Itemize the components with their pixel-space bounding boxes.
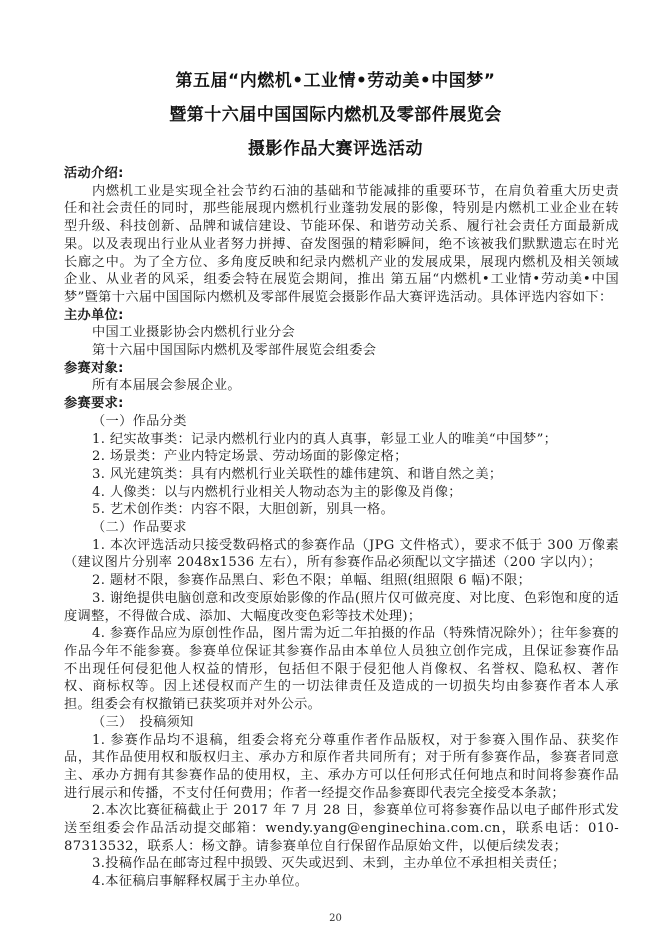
category-item: 1. 纪实故事类：记录内燃机行业内的真人真事，彰显工业人的唯美“中国梦”； [64, 431, 619, 449]
category-item: 3. 风光建筑类：具有内燃机行业关联性的雄伟建筑、和谐自然之美； [64, 466, 619, 484]
organizers-heading: 主办单位: [64, 307, 619, 325]
requirements-heading: 参赛要求: [64, 395, 619, 413]
organizer-item: 第十六届中国国际内燃机及零部件展览会组委会 [64, 342, 619, 360]
title-line-3: 摄影作品大赛评选活动 [0, 134, 671, 159]
category-item: 5. 艺术创作类：内容不限，大胆创新，别具一格。 [64, 501, 619, 519]
requirement-item: 1. 本次评选活动只接受数码格式的参赛作品（JPG 文件格式），要求不低于 30… [64, 537, 619, 572]
title-line-1: 第五届“内燃机•工业情•劳动美•中国梦” [0, 66, 671, 91]
requirement-item: 4. 参赛作品应为原创性作品，图片需为近二年拍摄的作品（特殊情况除外）；往年参赛… [64, 625, 619, 714]
section-title: （二）作品要求 [64, 519, 619, 537]
submission-item: 1. 参赛作品均不退稿，组委会将充分尊重作者作品版权，对于参赛入围作品、获奖作品… [64, 732, 619, 803]
submission-item: 3.投稿作品在邮寄过程中损毁、灭失或迟到、未到，主办单位不承担相关责任； [64, 855, 619, 873]
intro-paragraph: 内燃机工业是实现全社会节约石油的基础和节能减排的重要环节，在肩负着重大历史责任和… [64, 183, 619, 307]
submission-item: 4.本征稿启事解释权属于主办单位。 [64, 873, 619, 891]
organizer-item: 中国工业摄影协会内燃机行业分会 [64, 324, 619, 342]
requirement-item: 2. 题材不限，参赛作品黑白、彩色不限；单幅、组照(组照限 6 幅)不限； [64, 572, 619, 590]
intro-heading: 活动介绍: [64, 165, 619, 183]
participants-text: 所有本届展会参展企业。 [64, 377, 619, 395]
requirement-item: 3. 谢绝提供电脑创意和改变原始影像的作品(照片仅可做亮度、对比度、色彩饱和度的… [64, 590, 619, 625]
submission-item: 2.本次比赛征稿截止于 2017 年 7 月 28 日，参赛单位可将参赛作品以电… [64, 802, 619, 855]
document-body: 活动介绍: 内燃机工业是实现全社会节约石油的基础和节能减排的重要环节，在肩负着重… [64, 165, 619, 891]
section-title: （三） 投稿须知 [64, 714, 619, 732]
category-item: 2. 场景类：产业内特定场景、劳动场面的影像定格； [64, 448, 619, 466]
title-line-2: 暨第十六届中国国际内燃机及零部件展览会 [0, 100, 671, 125]
page-number: 20 [0, 913, 671, 924]
participants-heading: 参赛对象: [64, 360, 619, 378]
section-title: （一）作品分类 [64, 413, 619, 431]
category-item: 4. 人像类：以与内燃机行业相关人物动态为主的影像及肖像； [64, 484, 619, 502]
document-page: 第五届“内燃机•工业情•劳动美•中国梦” 暨第十六届中国国际内燃机及零部件展览会… [0, 0, 671, 947]
